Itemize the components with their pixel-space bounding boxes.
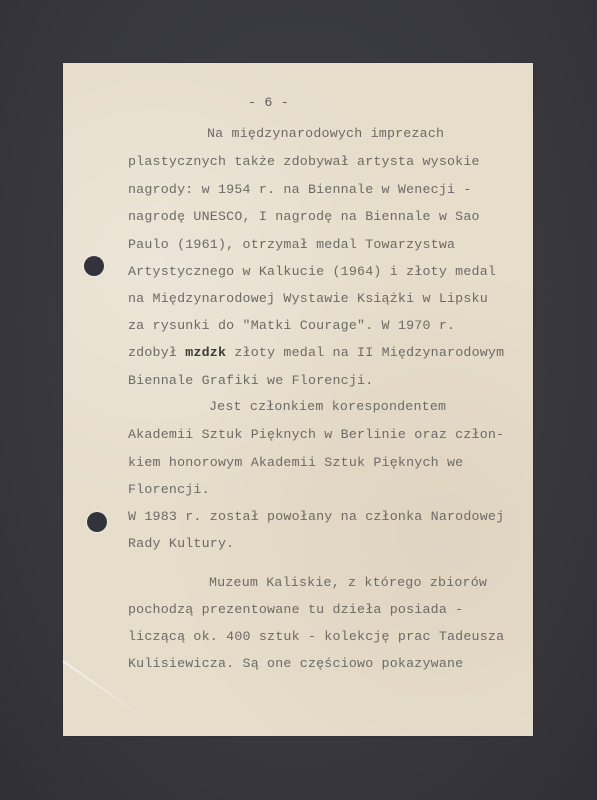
text-line-8: za rysunki do "Matki Courage". W 1970 r.: [128, 318, 455, 333]
text-line-17: Muzeum Kaliskie, z którego zbiorów: [209, 575, 487, 590]
text-line-16: Rady Kultury.: [128, 536, 234, 551]
text-line-1: Na międzynarodowych imprezach: [207, 126, 444, 141]
text-segment: zdobył: [128, 345, 177, 360]
text-line-7: na Międzynarodowej Wystawie Książki w Li…: [128, 291, 488, 306]
text-line-9: zdobył mzdzk złoty medal na II Międzynar…: [128, 345, 504, 360]
text-line-11: Jest członkiem korespondentem: [209, 399, 446, 414]
text-line-12: Akademii Sztuk Pięknych w Berlinie oraz …: [128, 427, 504, 442]
text-line-14: Florencji.: [128, 482, 210, 497]
text-line-10: Biennale Grafiki we Florencji.: [128, 373, 373, 388]
text-line-3: nagrody: w 1954 r. na Biennale w Wenecji…: [128, 182, 472, 197]
text-line-18: pochodzą prezentowane tu dzieła posiada …: [128, 602, 463, 617]
page-number: - 6 -: [248, 95, 289, 110]
punch-hole-top: [84, 256, 104, 276]
struck-out-word: mzdzk: [185, 345, 226, 360]
text-line-5: Paulo (1961), otrzymał medal Towarzystwa: [128, 237, 455, 252]
text-line-15: W 1983 r. został powołany na członka Nar…: [128, 509, 504, 524]
text-line-20: Kulisiewicza. Są one częściowo pokazywan…: [128, 656, 463, 671]
text-line-13: kiem honorowym Akademii Sztuk Pięknych w…: [128, 455, 463, 470]
text-line-19: liczącą ok. 400 sztuk - kolekcję prac Ta…: [128, 629, 504, 644]
text-segment: złoty medal na II Międzynarodowym: [234, 345, 504, 360]
text-line-4: nagrodę UNESCO, I nagrodę na Biennale w …: [128, 209, 480, 224]
text-line-6: Artystycznego w Kalkucie (1964) i złoty …: [128, 264, 496, 279]
punch-hole-bottom: [87, 512, 107, 532]
text-line-2: plastycznych także zdobywał artysta wyso…: [128, 154, 480, 169]
